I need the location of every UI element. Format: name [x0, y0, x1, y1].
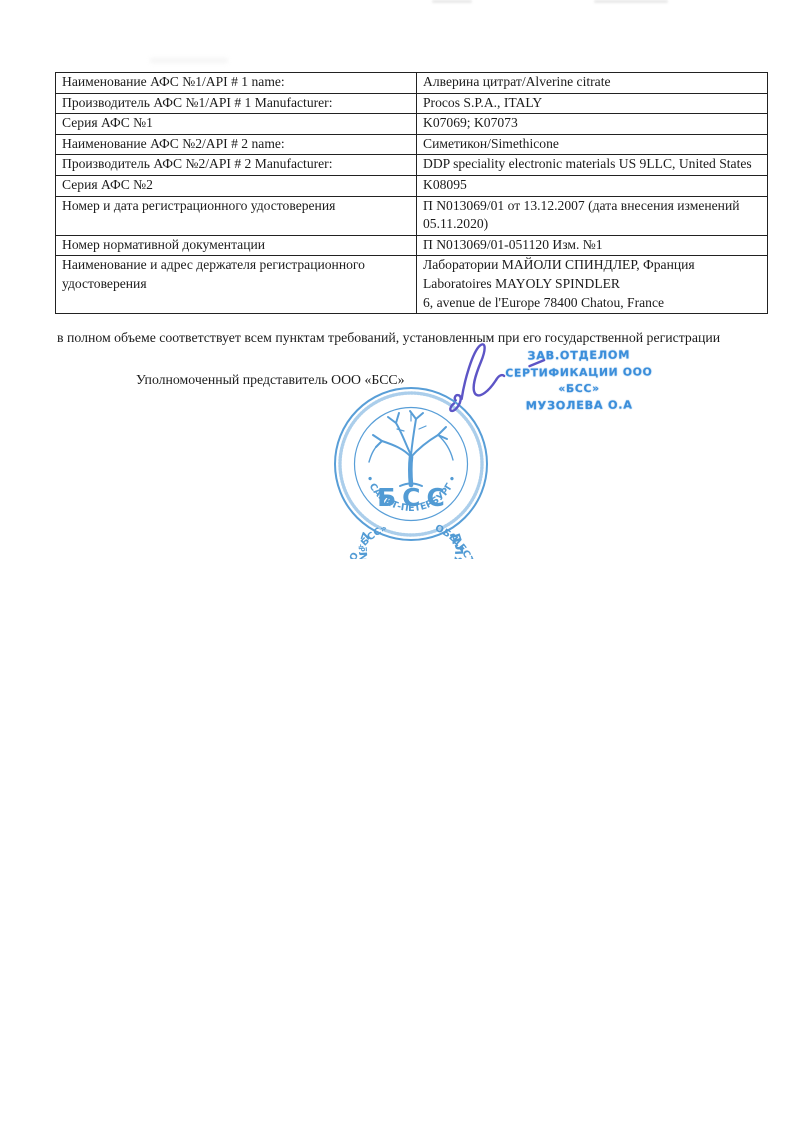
registration-table: Наименование АФС №1/API # 1 name: Алвери…	[55, 72, 768, 314]
scan-artifact	[594, 0, 668, 3]
field-value-cell: K08095	[417, 175, 768, 196]
table-row: Наименование и адрес держателя регистрац…	[56, 256, 768, 314]
field-label-cell: Серия АФС №2	[56, 175, 417, 196]
field-label-cell: Серия АФС №1	[56, 114, 417, 135]
field-value-cell: K07069; K07073	[417, 114, 768, 135]
field-label-cell: Номер и дата регистрационного удостовере…	[56, 196, 417, 235]
field-label-cell: Наименование АФС №1/API # 1 name:	[56, 73, 417, 94]
scan-artifact	[432, 0, 472, 3]
seal-tree-icon	[369, 411, 453, 486]
table-row: Наименование АФС №2/API # 2 name: Симети…	[56, 134, 768, 155]
table-row: Номер нормативной документации П N013069…	[56, 235, 768, 256]
scan-artifact	[150, 58, 228, 63]
seal-center-text: БСС	[377, 483, 451, 512]
table-row: Производитель АФС №1/API # 1 Manufacture…	[56, 93, 768, 114]
table-row: Номер и дата регистрационного удостовере…	[56, 196, 768, 235]
compliance-statement: в полном объеме соответствует всем пункт…	[57, 328, 733, 348]
field-value-cell: П N013069/01-051120 Изм. №1	[417, 235, 768, 256]
field-label-cell: Номер нормативной документации	[56, 235, 417, 256]
field-value-cell: DDP speciality electronic materials US 9…	[417, 155, 768, 176]
signature-icon	[435, 330, 570, 419]
table-row: Производитель АФС №2/API # 2 Manufacture…	[56, 155, 768, 176]
field-label-cell: Производитель АФС №1/API # 1 Manufacture…	[56, 93, 417, 114]
field-value-cell: Симетикон/Simethicone	[417, 134, 768, 155]
table-row: Серия АФС №2 K08095	[56, 175, 768, 196]
field-value-cell: Procos S.P.A., ITALY	[417, 93, 768, 114]
field-label-cell: Производитель АФС №2/API # 2 Manufacture…	[56, 155, 417, 176]
field-value-cell: Лаборатории МАЙОЛИ СПИНДЛЕР, Франция Lab…	[417, 256, 768, 314]
table-row: Наименование АФС №1/API # 1 name: Алвери…	[56, 73, 768, 94]
field-label-cell: Наименование АФС №2/API # 2 name:	[56, 134, 417, 155]
field-label-cell: Наименование и адрес держателя регистрац…	[56, 256, 417, 314]
table-row: Серия АФС №1 K07069; K07073	[56, 114, 768, 135]
scanned-document-page: Наименование АФС №1/API # 1 name: Алвери…	[0, 0, 794, 1122]
field-value-cell: Алверина цитрат/Alverine citrate	[417, 73, 768, 94]
field-value-cell: П N013069/01 от 13.12.2007 (дата внесени…	[417, 196, 768, 235]
